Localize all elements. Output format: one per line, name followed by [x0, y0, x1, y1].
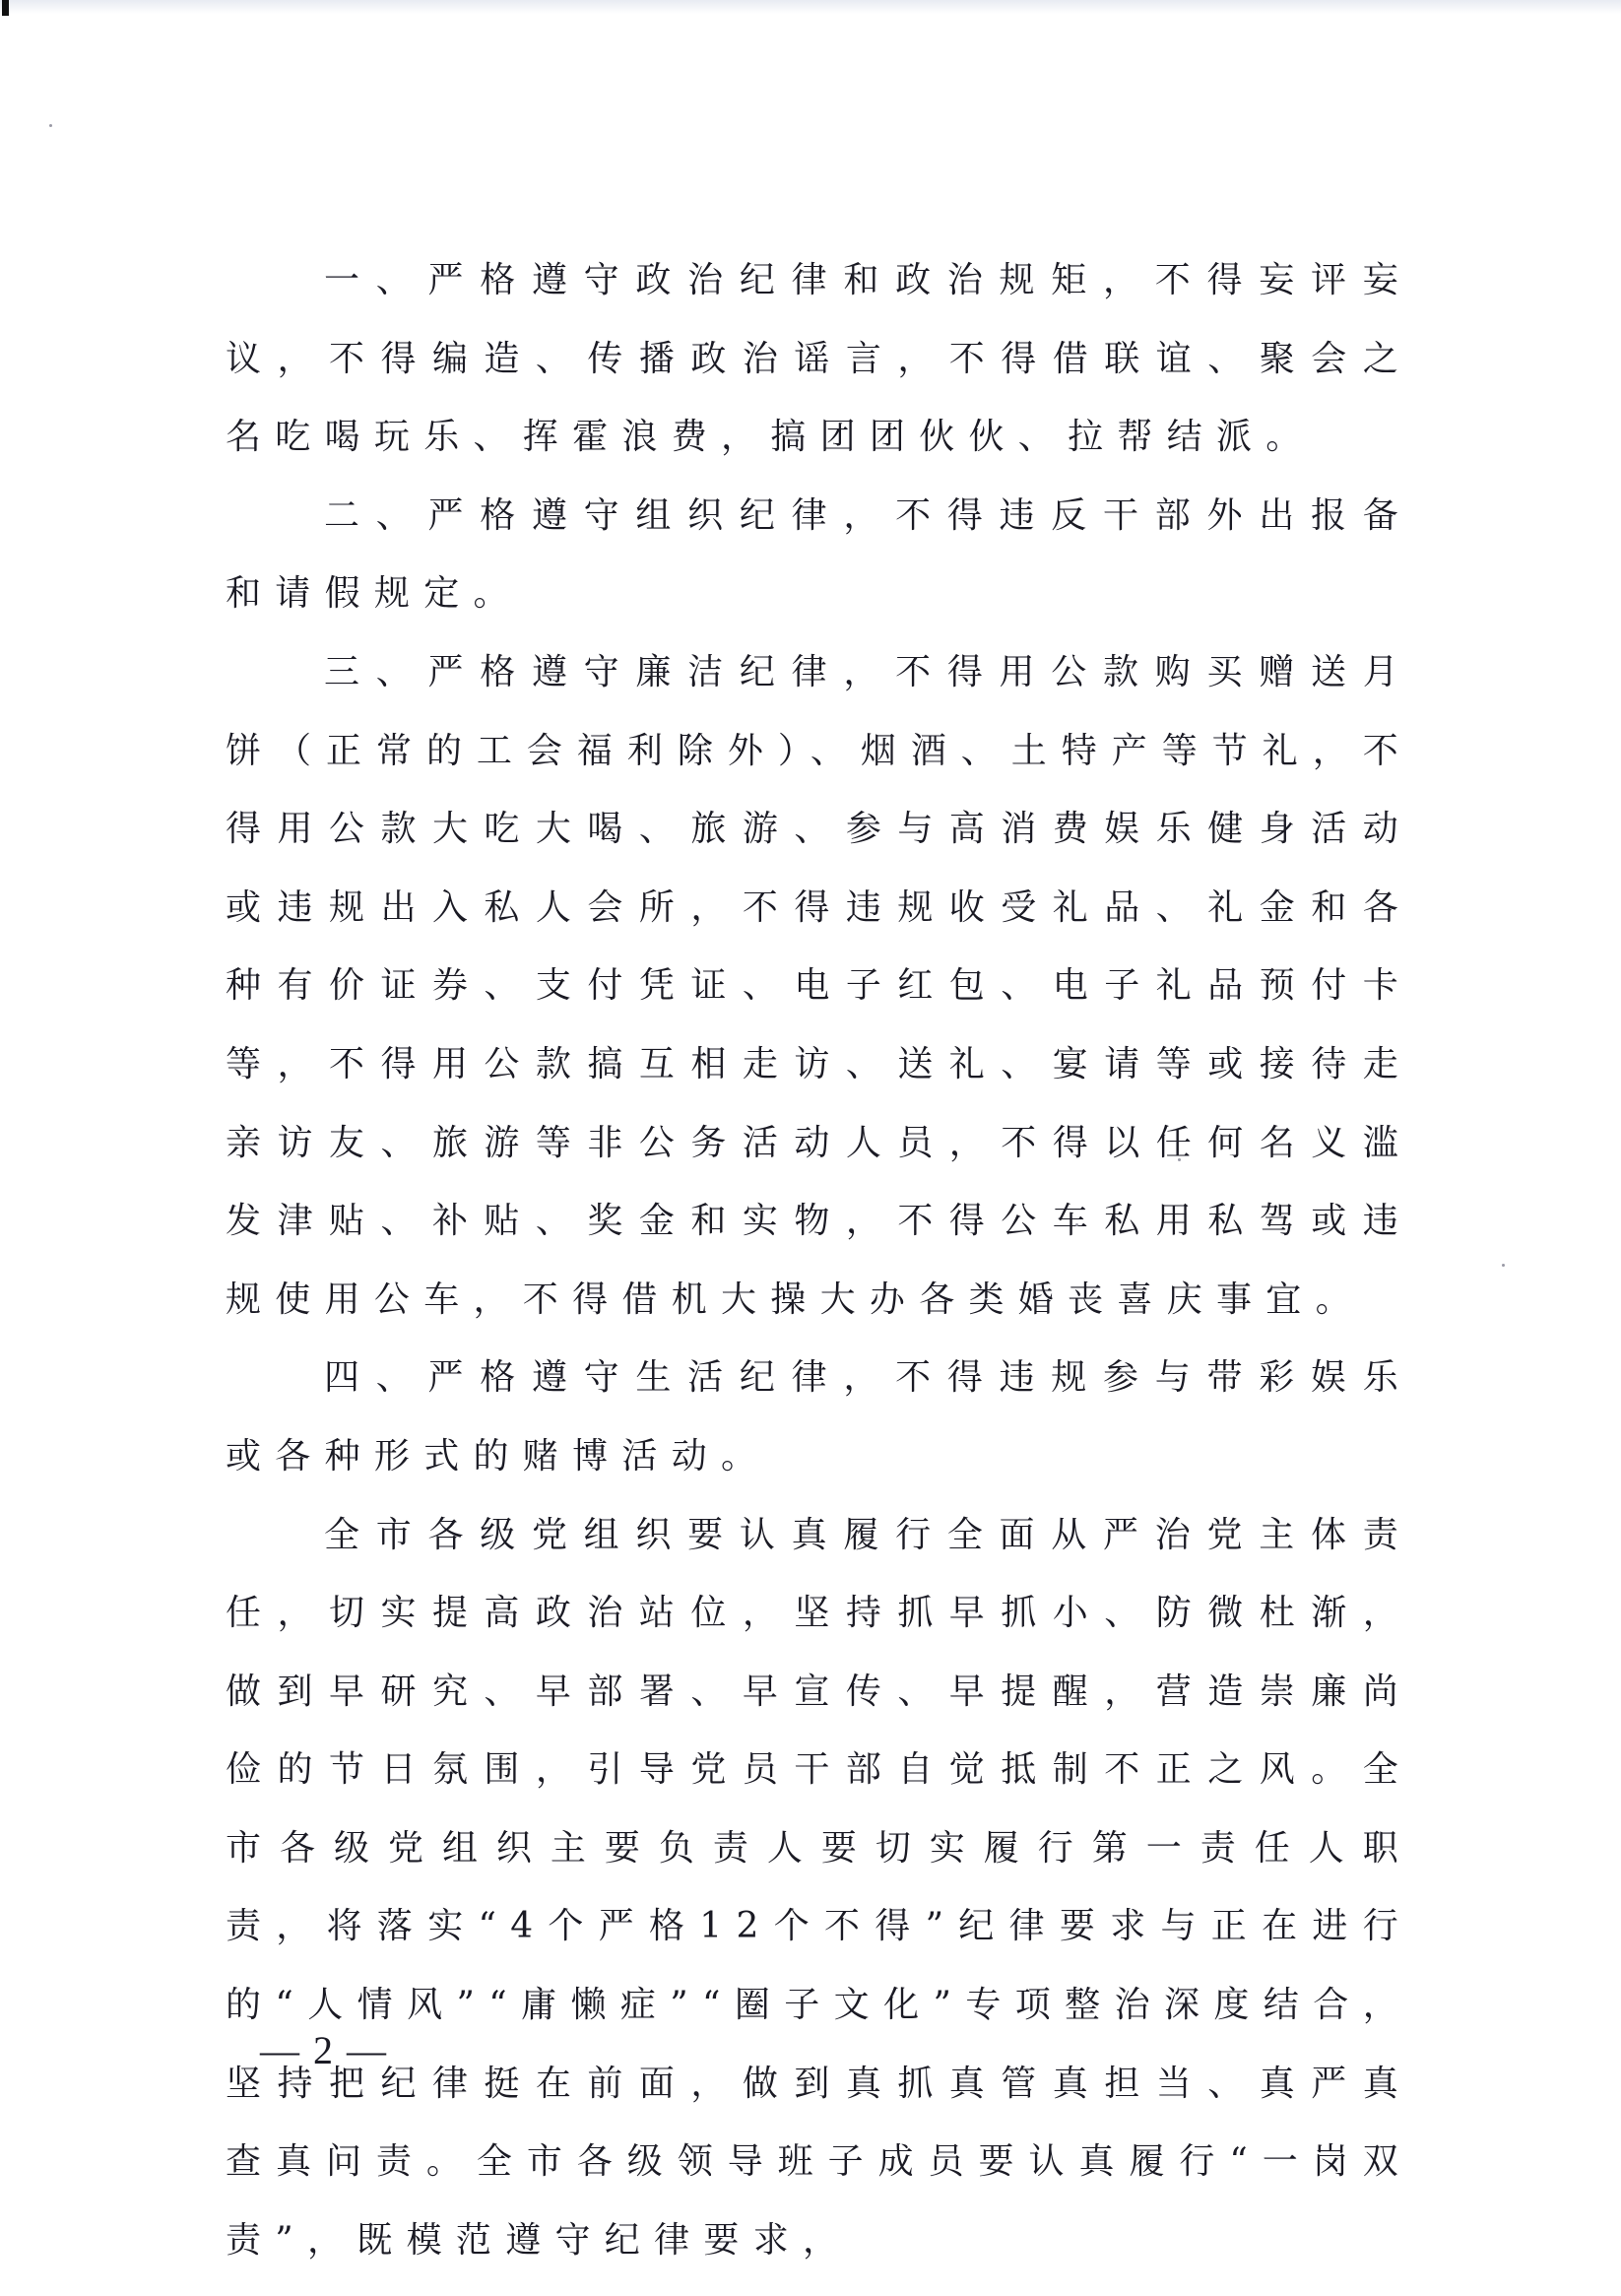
scan-speck	[1075, 1223, 1078, 1226]
scan-speck	[49, 124, 52, 127]
scan-speck	[1502, 1264, 1505, 1267]
document-body: 一、严格遵守政治纪律和政治规矩，不得妄评妄议，不得编造、传播政治谣言，不得借联谊…	[226, 241, 1412, 2279]
page-number: — 2 —	[260, 2027, 388, 2073]
paragraph-item-1: 一、严格遵守政治纪律和政治规矩，不得妄评妄议，不得编造、传播政治谣言，不得借联谊…	[226, 241, 1412, 477]
scan-registration-mark	[2, 0, 9, 16]
scan-edge-shadow	[0, 0, 1621, 14]
paragraph-item-2: 二、严格遵守组织纪律，不得违反干部外出报备和请假规定。	[226, 477, 1412, 633]
paragraph-item-4: 四、严格遵守生活纪律，不得违规参与带彩娱乐或各种形式的赌博活动。	[226, 1339, 1412, 1495]
paragraph-closing: 全市各级党组织要认真履行全面从严治党主体责任，切实提高政治站位，坚持抓早抓小、防…	[226, 1496, 1412, 2280]
paragraph-item-3: 三、严格遵守廉洁纪律，不得用公款购买赠送月饼（正常的工会福利除外）、烟酒、土特产…	[226, 633, 1412, 1339]
scan-speck	[1178, 1158, 1181, 1161]
